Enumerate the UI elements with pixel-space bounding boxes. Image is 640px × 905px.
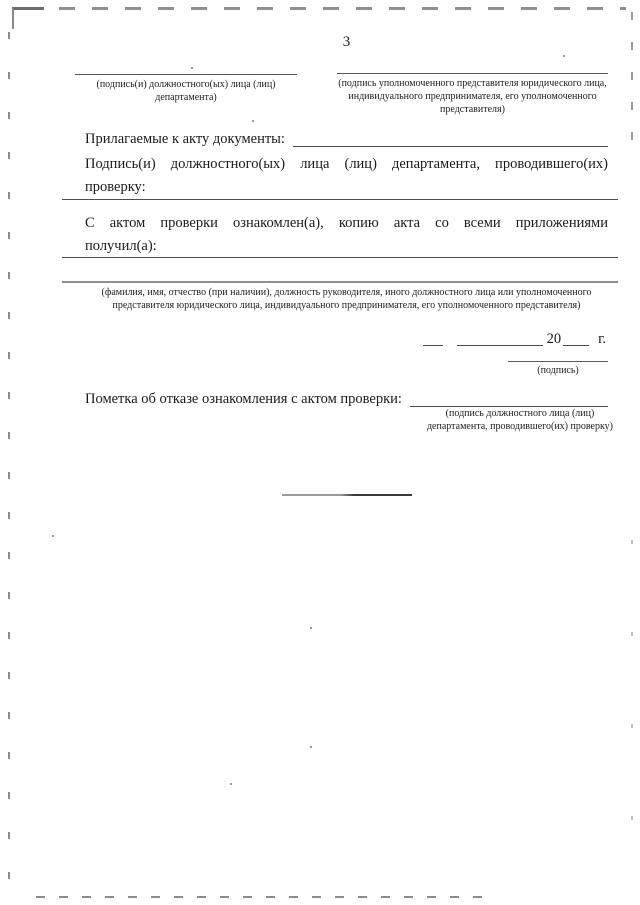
inspector-signature-line2: проверку: [85,176,608,199]
attached-documents-label: Прилагаемые к акту документы: [85,129,285,150]
inspector-signature-paragraph: Подпись(и) должностного(ых) лица (лиц) д… [85,153,608,198]
fio-caption: (фамилия, имя, отчество (при наличии), д… [85,286,608,312]
date-month-blank [457,332,543,346]
scan-speck [252,120,254,122]
scan-edge-right-dashes [631,12,633,152]
signature-blank-rule-1 [62,199,618,200]
scan-speck [52,535,54,537]
top-right-signature-line [337,73,608,74]
page-number: 3 [85,34,608,51]
document-page: 3 (подпись(и) должностного(ых) лица (лиц… [0,0,640,905]
top-left-signature-caption: (подпись(и) должностного(ых) лица (лиц) … [75,78,297,104]
date-century: 20 [547,331,562,348]
refusal-note-label: Пометка об отказе ознакомления с актом п… [85,389,402,410]
scan-speck [191,67,193,69]
date-day-blank [423,332,443,346]
date-year-blank [563,332,589,346]
scan-edge-right-lower-dashes [631,540,633,870]
acquainted-line1: С актом проверки ознакомлен(а), копию ак… [85,212,608,235]
acquainted-line2: получил(а): [85,235,608,258]
date-row: 20 г. [85,330,608,348]
scan-edge-left-dashes [8,32,10,895]
top-left-signature-block: (подпись(и) должностного(ых) лица (лиц) … [75,74,297,104]
scan-corner-mark [12,7,44,29]
top-right-signature-block: (подпись уполномоченного представителя ю… [337,73,608,117]
scan-speck [310,627,312,629]
attached-documents-blank-line [293,133,608,147]
top-left-signature-line [75,74,297,75]
refusal-note-blank-line [410,393,608,407]
inspector-signature-line1: Подпись(и) должностного(ых) лица (лиц) д… [85,153,608,176]
center-separator-line [282,494,412,496]
scan-edge-top-dashes [26,7,626,10]
signature-caption: (подпись) [493,365,623,376]
scan-edge-bottom-dashes [36,896,491,898]
attached-documents-row: Прилагаемые к акту документы: [85,129,608,150]
refusal-note-caption: (подпись должностного лица (лиц) департа… [425,407,615,433]
date-year-suffix: г. [598,331,606,348]
top-right-signature-caption: (подпись уполномоченного представителя ю… [337,77,608,117]
acquainted-paragraph: С актом проверки ознакомлен(а), копию ак… [85,212,608,257]
signature-blank-rule-2 [62,257,618,258]
scan-speck [563,55,565,57]
scan-speck [230,783,232,785]
scan-speck [310,746,312,748]
fio-blank-rule [62,281,618,283]
signature-blank-line [508,361,608,362]
